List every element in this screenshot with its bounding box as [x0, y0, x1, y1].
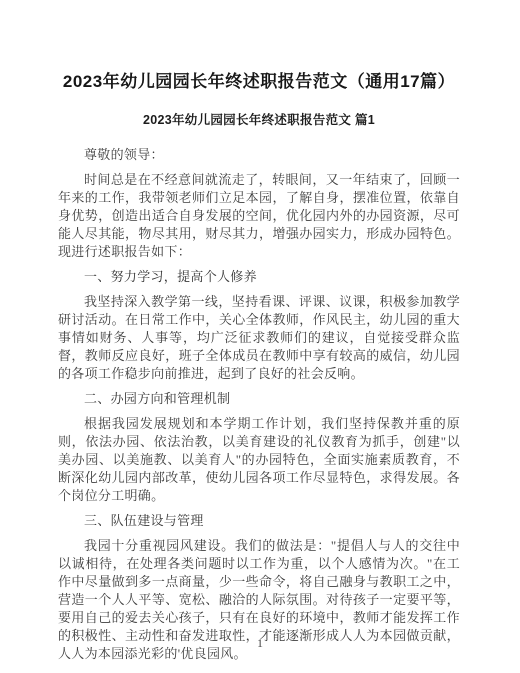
salutation: 尊敬的领导：	[58, 146, 460, 164]
section-heading-1: 一、努力学习，提高个人修养	[58, 268, 460, 286]
body-paragraph-intro: 时间总是在不经意间就流走了，转眼间，又一年结束了，回顾一年来的工作，我带领老师们…	[58, 171, 460, 261]
section-heading-2: 二、办园方向和管理机制	[58, 390, 460, 408]
document-subtitle: 2023年幼儿园园长年终述职报告范文 篇1	[58, 112, 460, 129]
document-title: 2023年幼儿园园长年终述职报告范文（通用17篇）	[58, 70, 460, 94]
section-heading-3: 三、队伍建设与管理	[58, 512, 460, 530]
page-number: 1	[0, 636, 520, 651]
body-paragraph-section-2: 根据我园发展规划和本学期工作计划，我们坚持保教并重的原则，依法办园、依法治教，以…	[58, 415, 460, 505]
document-page: 2023年幼儿园园长年终述职报告范文（通用17篇） 2023年幼儿园园长年终述职…	[0, 0, 520, 673]
body-paragraph-section-1: 我坚持深入教学第一线，坚持看课、评课、议课，积极参加教学研讨活动。在日常工作中，…	[58, 293, 460, 383]
